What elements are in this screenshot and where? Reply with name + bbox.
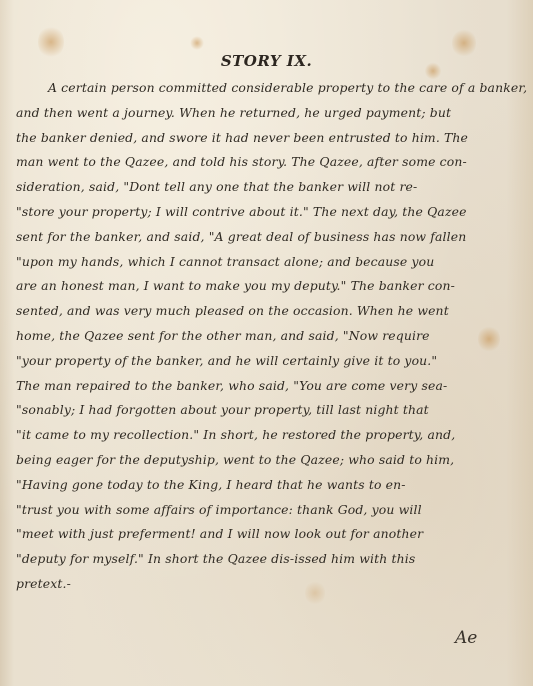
- text-line: "Having gone today to the King, I heard …: [16, 473, 496, 498]
- signature-mark: Ae: [455, 628, 477, 648]
- story-body: A certain person committed considerable …: [16, 76, 496, 597]
- story-title: STORY IX.: [0, 52, 533, 70]
- text-line: "deputy for myself." In short the Qazee …: [16, 547, 496, 572]
- text-line: being eager for the deputyship, went to …: [16, 448, 496, 473]
- text-line: "upon my hands, which I cannot transact …: [16, 250, 496, 275]
- paper-stain: [190, 36, 204, 50]
- text-line: A certain person committed considerable …: [16, 76, 496, 101]
- text-line: sented, and was very much pleased on the…: [16, 299, 496, 324]
- text-line: sent for the banker, and said, "A great …: [16, 225, 496, 250]
- text-line: "trust you with some affairs of importan…: [16, 498, 496, 523]
- text-line: are an honest man, I want to make you my…: [16, 274, 496, 299]
- text-line: The man repaired to the banker, who said…: [16, 374, 496, 399]
- text-line: "sonably; I had forgotten about your pro…: [16, 398, 496, 423]
- text-line: home, the Qazee sent for the other man, …: [16, 324, 496, 349]
- text-line: "meet with just preferment! and I will n…: [16, 522, 496, 547]
- text-line: "it came to my recollection." In short, …: [16, 423, 496, 448]
- text-line: and then went a journey. When he returne…: [16, 101, 496, 126]
- text-line: "your property of the banker, and he wil…: [16, 349, 496, 374]
- text-line: "store your property; I will contrive ab…: [16, 200, 496, 225]
- manuscript-page: STORY IX. A certain person committed con…: [0, 0, 533, 686]
- text-line: man went to the Qazee, and told his stor…: [16, 150, 496, 175]
- text-line: the banker denied, and swore it had neve…: [16, 126, 496, 151]
- text-line: sideration, said, "Dont tell any one tha…: [16, 175, 496, 200]
- text-line: pretext.-: [16, 572, 496, 597]
